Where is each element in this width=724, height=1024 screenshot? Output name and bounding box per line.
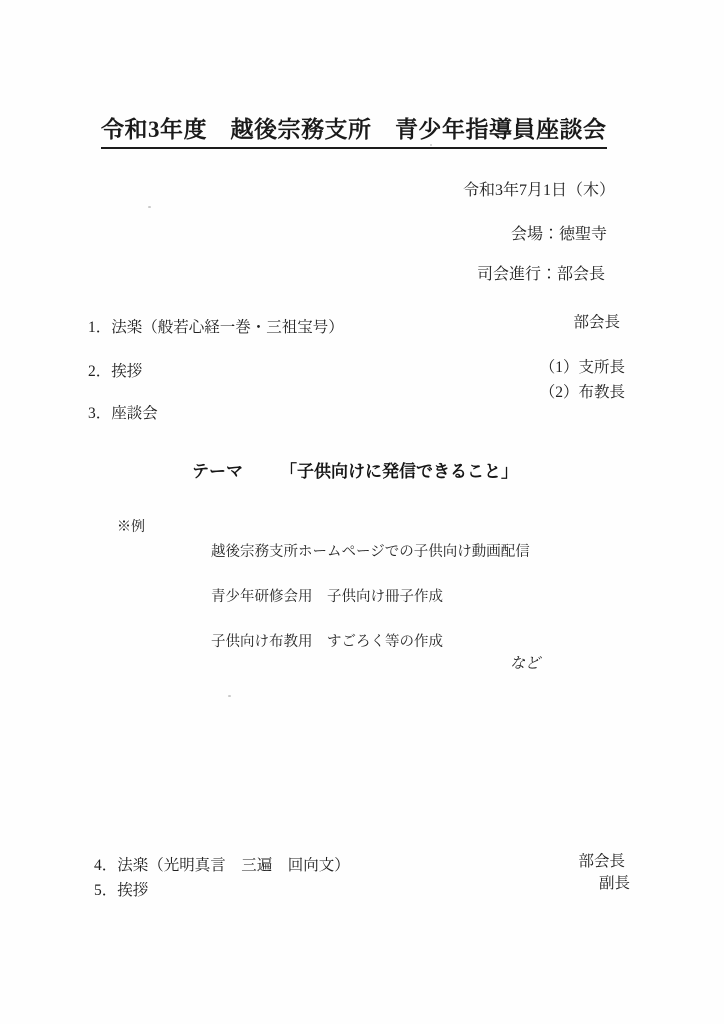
agenda-item-2-label: 2．挨拶 [88,359,142,381]
agenda-item-5-label: 5．挨拶 [94,878,148,900]
agenda-item-4-label: 4．法楽（光明真言 三遍 回向文） [94,853,350,875]
meeting-venue: 会場：徳聖寺 [511,221,607,244]
agenda-item-2-assignee-1: （1）支所長 [540,355,625,377]
agenda-item-2-assignee-2: （2）布教長 [540,380,625,402]
theme-label: テーマ [192,462,243,481]
document-title: 令和3年度 越後宗務支所 青少年指導員座談会 [101,111,607,149]
example-item-2: 青少年研修会用 子供向け冊子作成 [211,585,443,606]
agenda-item-5-assignee: 副長 [599,871,630,893]
agenda-item-1-assignee: 部会長 [573,310,620,332]
meeting-moderator: 司会進行：部会長 [477,261,605,284]
examples-note: ※例 [117,516,145,536]
agenda-item-3-label: 3．座談会 [88,401,158,423]
example-item-3: 子供向け布教用 すごろく等の作成 [211,630,443,651]
scan-speck [430,144,432,146]
agenda-item-1-label: 1．法楽（般若心経一巻・三祖宝号） [88,315,344,337]
example-item-1: 越後宗務支所ホームページでの子供向け動画配信 [211,540,530,561]
scan-speck [228,695,231,697]
scan-speck [148,206,151,208]
theme-title: 「子供向けに発信できること」 [280,462,518,481]
theme-line: テーマ「子供向けに発信できること」 [192,457,518,482]
scanned-document-page: 令和3年度 越後宗務支所 青少年指導員座談会 令和3年7月1日（木） 会場：徳聖… [0,0,724,1024]
examples-suffix: など [510,652,540,673]
meeting-date: 令和3年7月1日（木） [463,177,615,200]
agenda-item-4-assignee: 部会長 [578,849,625,871]
